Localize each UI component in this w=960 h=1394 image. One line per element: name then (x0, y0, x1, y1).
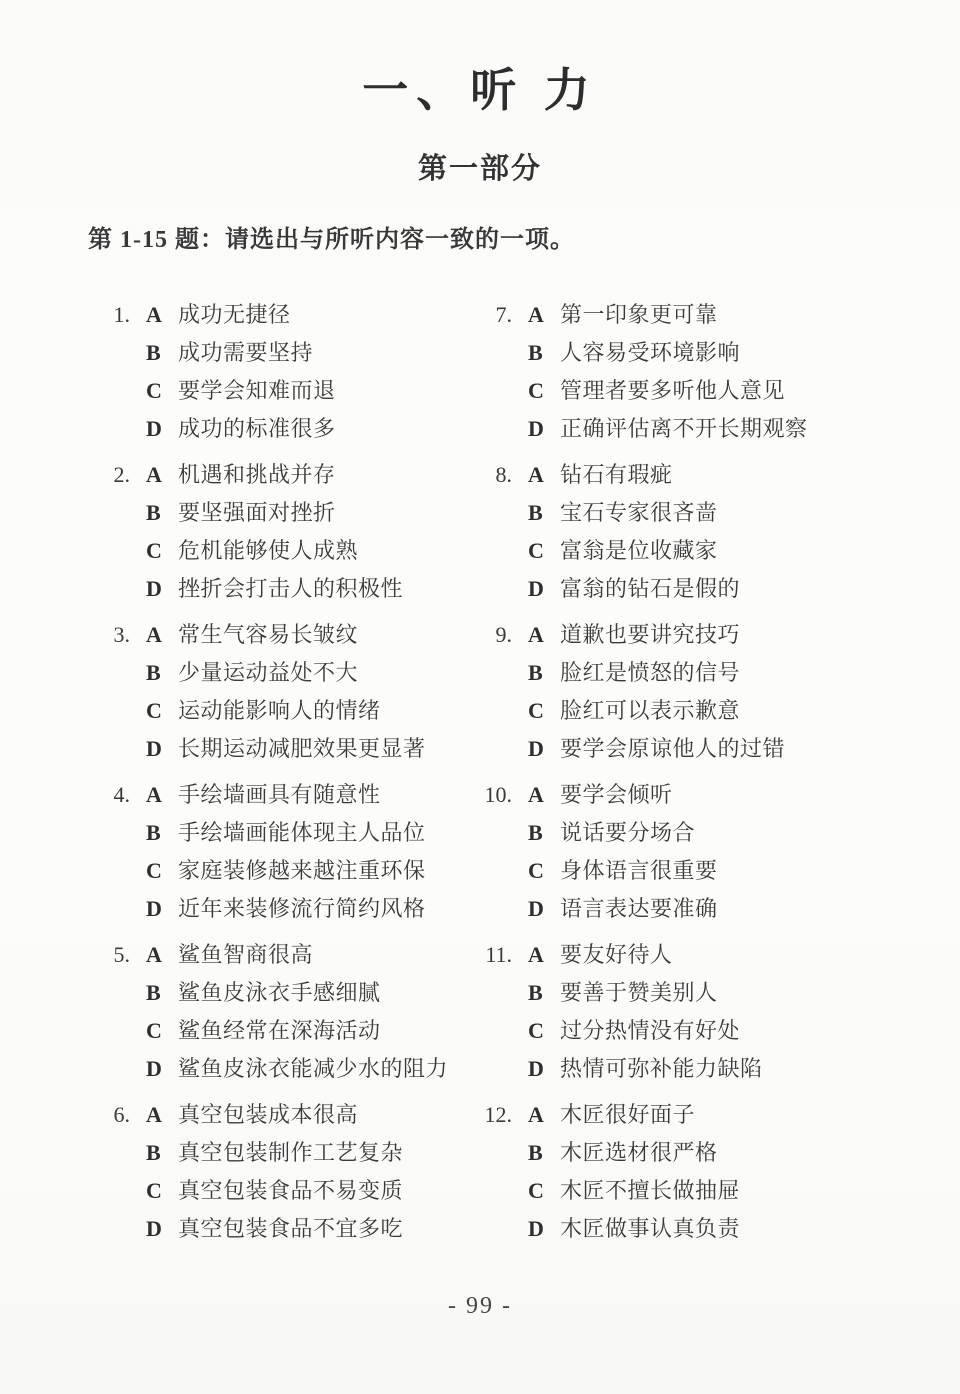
option-letter: C (528, 372, 551, 410)
option-text: 人容易受环境影响 (560, 334, 740, 372)
option-row: C 家庭装修越来越注重环保 (146, 852, 470, 890)
option-text: 要友好待人 (560, 936, 673, 974)
option-letter: D (528, 890, 551, 928)
option-text: 要学会倾听 (560, 776, 673, 814)
exam-title: 一、听 力 (0, 0, 960, 120)
option-row: C 脸红可以表示歉意 (528, 692, 922, 730)
option-row: D 长期运动减肥效果更显著 (146, 730, 470, 768)
option-row: C 身体语言很重要 (528, 852, 922, 890)
option-row: B 说话要分场合 (528, 814, 922, 852)
option-letter: D (528, 1050, 551, 1088)
option-letter: C (146, 532, 169, 570)
option-row: A 真空包装成本很高 (146, 1096, 470, 1134)
option-text: 真空包装成本很高 (178, 1096, 358, 1134)
option-text: 身体语言很重要 (560, 852, 718, 890)
option-row: C 运动能影响人的情绪 (146, 692, 470, 730)
option-text: 管理者要多听他人意见 (560, 372, 785, 410)
question-block: 12. A 木匠很好面子 B 木匠选材很严格 C 木匠不擅长做抽屉 D 木匠做事… (470, 1096, 922, 1248)
options-list: A 道歉也要讲究技巧 B 脸红是愤怒的信号 C 脸红可以表示歉意 D 要学会原谅… (528, 616, 922, 768)
option-row: B 少量运动益处不大 (146, 654, 470, 692)
option-letter: A (528, 456, 551, 494)
option-row: D 木匠做事认真负责 (528, 1210, 922, 1248)
option-text: 道歉也要讲究技巧 (560, 616, 740, 654)
question-block: 11. A 要友好待人 B 要善于赞美别人 C 过分热情没有好处 D 热情可弥补… (470, 936, 922, 1088)
option-letter: D (528, 730, 551, 768)
option-text: 木匠做事认真负责 (560, 1210, 740, 1248)
option-letter: A (146, 616, 169, 654)
option-text: 成功无捷径 (178, 296, 291, 334)
option-row: D 成功的标准很多 (146, 410, 470, 448)
option-row: B 真空包装制作工艺复杂 (146, 1134, 470, 1172)
option-letter: B (528, 814, 551, 852)
options-list: A 鲨鱼智商很高 B 鲨鱼皮泳衣手感细腻 C 鲨鱼经常在深海活动 D 鲨鱼皮泳衣… (146, 936, 470, 1088)
option-letter: A (528, 616, 551, 654)
option-row: D 语言表达要准确 (528, 890, 922, 928)
options-list: A 手绘墙画具有随意性 B 手绘墙画能体现主人品位 C 家庭装修越来越注重环保 … (146, 776, 470, 928)
option-text: 木匠不擅长做抽屉 (560, 1172, 740, 1210)
option-text: 近年来装修流行简约风格 (178, 890, 426, 928)
option-letter: A (146, 296, 169, 334)
option-row: A 鲨鱼智商很高 (146, 936, 470, 974)
options-list: A 成功无捷径 B 成功需要坚持 C 要学会知难而退 D 成功的标准很多 (146, 296, 470, 448)
option-letter: C (146, 852, 169, 890)
option-letter: B (528, 494, 551, 532)
option-letter: C (528, 1172, 551, 1210)
options-list: A 钻石有瑕疵 B 宝石专家很吝啬 C 富翁是位收藏家 D 富翁的钻石是假的 (528, 456, 922, 608)
option-text: 手绘墙画具有随意性 (178, 776, 381, 814)
option-row: C 过分热情没有好处 (528, 1012, 922, 1050)
option-row: D 富翁的钻石是假的 (528, 570, 922, 608)
options-list: A 第一印象更可靠 B 人容易受环境影响 C 管理者要多听他人意见 D 正确评估… (528, 296, 922, 448)
options-list: A 常生气容易长皱纹 B 少量运动益处不大 C 运动能影响人的情绪 D 长期运动… (146, 616, 470, 768)
options-list: A 机遇和挑战并存 B 要坚强面对挫折 C 危机能够使人成熟 D 挫折会打击人的… (146, 456, 470, 608)
question-block: 8. A 钻石有瑕疵 B 宝石专家很吝啬 C 富翁是位收藏家 D 富翁的钻石是假… (470, 456, 922, 608)
option-text: 家庭装修越来越注重环保 (178, 852, 426, 890)
option-text: 第一印象更可靠 (560, 296, 718, 334)
option-row: B 要善于赞美别人 (528, 974, 922, 1012)
option-letter: A (528, 296, 551, 334)
questions-area: 1. A 成功无捷径 B 成功需要坚持 C 要学会知难而退 D 成功的标准很多 … (0, 296, 960, 1256)
option-letter: D (146, 890, 169, 928)
option-row: C 危机能够使人成熟 (146, 532, 470, 570)
option-letter: B (146, 1134, 169, 1172)
option-row: D 鲨鱼皮泳衣能减少水的阻力 (146, 1050, 470, 1088)
option-letter: B (528, 334, 551, 372)
option-text: 要善于赞美别人 (560, 974, 718, 1012)
option-row: A 第一印象更可靠 (528, 296, 922, 334)
question-block: 1. A 成功无捷径 B 成功需要坚持 C 要学会知难而退 D 成功的标准很多 (88, 296, 470, 448)
option-letter: B (528, 974, 551, 1012)
question-number: 1. (88, 296, 130, 448)
question-block: 2. A 机遇和挑战并存 B 要坚强面对挫折 C 危机能够使人成熟 D 挫折会打… (88, 456, 470, 608)
question-block: 3. A 常生气容易长皱纹 B 少量运动益处不大 C 运动能影响人的情绪 D 长… (88, 616, 470, 768)
option-letter: D (146, 1210, 169, 1248)
option-row: B 成功需要坚持 (146, 334, 470, 372)
option-letter: D (146, 410, 169, 448)
option-text: 真空包装食品不宜多吃 (178, 1210, 403, 1248)
question-number: 12. (470, 1096, 512, 1248)
option-letter: B (528, 1134, 551, 1172)
option-letter: A (146, 1096, 169, 1134)
option-letter: A (146, 776, 169, 814)
option-letter: B (146, 814, 169, 852)
option-row: D 热情可弥补能力缺陷 (528, 1050, 922, 1088)
option-letter: B (146, 334, 169, 372)
option-letter: A (528, 776, 551, 814)
option-text: 危机能够使人成熟 (178, 532, 358, 570)
option-text: 语言表达要准确 (560, 890, 718, 928)
option-letter: D (146, 730, 169, 768)
option-row: A 手绘墙画具有随意性 (146, 776, 470, 814)
option-text: 脸红是愤怒的信号 (560, 654, 740, 692)
option-text: 真空包装食品不易变质 (178, 1172, 403, 1210)
section-heading: 第一部分 (0, 146, 960, 187)
option-row: D 真空包装食品不宜多吃 (146, 1210, 470, 1248)
option-letter: D (528, 570, 551, 608)
option-text: 热情可弥补能力缺陷 (560, 1050, 763, 1088)
option-letter: C (146, 1172, 169, 1210)
options-list: A 木匠很好面子 B 木匠选材很严格 C 木匠不擅长做抽屉 D 木匠做事认真负责 (528, 1096, 922, 1248)
question-block: 10. A 要学会倾听 B 说话要分场合 C 身体语言很重要 D 语言表达要准确 (470, 776, 922, 928)
option-letter: C (146, 692, 169, 730)
option-text: 木匠选材很严格 (560, 1134, 718, 1172)
questions-column-left: 1. A 成功无捷径 B 成功需要坚持 C 要学会知难而退 D 成功的标准很多 … (88, 296, 470, 1256)
option-text: 钻石有瑕疵 (560, 456, 673, 494)
option-row: D 挫折会打击人的积极性 (146, 570, 470, 608)
option-row: C 真空包装食品不易变质 (146, 1172, 470, 1210)
question-block: 9. A 道歉也要讲究技巧 B 脸红是愤怒的信号 C 脸红可以表示歉意 D 要学… (470, 616, 922, 768)
option-text: 运动能影响人的情绪 (178, 692, 381, 730)
option-row: A 道歉也要讲究技巧 (528, 616, 922, 654)
option-row: C 鲨鱼经常在深海活动 (146, 1012, 470, 1050)
option-row: A 要学会倾听 (528, 776, 922, 814)
option-text: 正确评估离不开长期观察 (560, 410, 808, 448)
question-block: 4. A 手绘墙画具有随意性 B 手绘墙画能体现主人品位 C 家庭装修越来越注重… (88, 776, 470, 928)
option-letter: A (146, 936, 169, 974)
option-letter: C (528, 532, 551, 570)
options-list: A 要友好待人 B 要善于赞美别人 C 过分热情没有好处 D 热情可弥补能力缺陷 (528, 936, 922, 1088)
option-letter: B (146, 654, 169, 692)
option-text: 鲨鱼智商很高 (178, 936, 313, 974)
option-row: B 木匠选材很严格 (528, 1134, 922, 1172)
option-text: 鲨鱼皮泳衣手感细腻 (178, 974, 381, 1012)
option-text: 要坚强面对挫折 (178, 494, 336, 532)
option-text: 手绘墙画能体现主人品位 (178, 814, 426, 852)
option-letter: C (146, 1012, 169, 1050)
option-letter: B (146, 974, 169, 1012)
option-row: D 正确评估离不开长期观察 (528, 410, 922, 448)
question-number: 4. (88, 776, 130, 928)
option-text: 过分热情没有好处 (560, 1012, 740, 1050)
option-row: C 管理者要多听他人意见 (528, 372, 922, 410)
question-number: 9. (470, 616, 512, 768)
option-text: 富翁的钻石是假的 (560, 570, 740, 608)
option-row: D 要学会原谅他人的过错 (528, 730, 922, 768)
option-row: B 手绘墙画能体现主人品位 (146, 814, 470, 852)
option-letter: C (146, 372, 169, 410)
question-block: 6. A 真空包装成本很高 B 真空包装制作工艺复杂 C 真空包装食品不易变质 … (88, 1096, 470, 1248)
option-text: 富翁是位收藏家 (560, 532, 718, 570)
option-row: B 人容易受环境影响 (528, 334, 922, 372)
question-number: 6. (88, 1096, 130, 1248)
option-row: D 近年来装修流行简约风格 (146, 890, 470, 928)
option-row: A 钻石有瑕疵 (528, 456, 922, 494)
option-letter: C (528, 852, 551, 890)
option-text: 鲨鱼皮泳衣能减少水的阻力 (178, 1050, 448, 1088)
question-block: 7. A 第一印象更可靠 B 人容易受环境影响 C 管理者要多听他人意见 D 正… (470, 296, 922, 448)
option-row: A 木匠很好面子 (528, 1096, 922, 1134)
option-row: B 脸红是愤怒的信号 (528, 654, 922, 692)
question-number: 11. (470, 936, 512, 1088)
option-row: A 要友好待人 (528, 936, 922, 974)
option-text: 成功的标准很多 (178, 410, 336, 448)
question-number: 7. (470, 296, 512, 448)
option-letter: D (528, 1210, 551, 1248)
option-letter: A (146, 456, 169, 494)
option-text: 要学会原谅他人的过错 (560, 730, 785, 768)
page-number: - 99 - (0, 1293, 960, 1320)
options-list: A 要学会倾听 B 说话要分场合 C 身体语言很重要 D 语言表达要准确 (528, 776, 922, 928)
question-number: 10. (470, 776, 512, 928)
option-letter: D (528, 410, 551, 448)
option-letter: A (528, 936, 551, 974)
option-row: A 成功无捷径 (146, 296, 470, 334)
option-row: A 常生气容易长皱纹 (146, 616, 470, 654)
option-text: 宝石专家很吝啬 (560, 494, 718, 532)
option-text: 木匠很好面子 (560, 1096, 695, 1134)
option-text: 要学会知难而退 (178, 372, 336, 410)
options-list: A 真空包装成本很高 B 真空包装制作工艺复杂 C 真空包装食品不易变质 D 真… (146, 1096, 470, 1248)
option-row: C 要学会知难而退 (146, 372, 470, 410)
option-row: B 要坚强面对挫折 (146, 494, 470, 532)
option-text: 机遇和挑战并存 (178, 456, 336, 494)
option-text: 真空包装制作工艺复杂 (178, 1134, 403, 1172)
option-letter: B (146, 494, 169, 532)
instruction-text: 第 1-15 题：请选出与所听内容一致的一项。 (88, 219, 960, 254)
option-row: A 机遇和挑战并存 (146, 456, 470, 494)
option-letter: C (528, 692, 551, 730)
option-letter: D (146, 570, 169, 608)
option-letter: C (528, 1012, 551, 1050)
option-text: 脸红可以表示歉意 (560, 692, 740, 730)
option-text: 鲨鱼经常在深海活动 (178, 1012, 381, 1050)
page-container: 一、听 力 第一部分 第 1-15 题：请选出与所听内容一致的一项。 1. A … (0, 0, 960, 1394)
option-letter: D (146, 1050, 169, 1088)
option-row: B 鲨鱼皮泳衣手感细腻 (146, 974, 470, 1012)
option-row: C 木匠不擅长做抽屉 (528, 1172, 922, 1210)
question-number: 5. (88, 936, 130, 1088)
option-letter: A (528, 1096, 551, 1134)
question-number: 2. (88, 456, 130, 608)
option-text: 挫折会打击人的积极性 (178, 570, 403, 608)
question-number: 8. (470, 456, 512, 608)
option-letter: B (528, 654, 551, 692)
option-text: 说话要分场合 (560, 814, 695, 852)
option-text: 长期运动减肥效果更显著 (178, 730, 426, 768)
question-number: 3. (88, 616, 130, 768)
option-row: C 富翁是位收藏家 (528, 532, 922, 570)
option-text: 少量运动益处不大 (178, 654, 358, 692)
questions-column-right: 7. A 第一印象更可靠 B 人容易受环境影响 C 管理者要多听他人意见 D 正… (470, 296, 922, 1256)
option-text: 成功需要坚持 (178, 334, 313, 372)
question-block: 5. A 鲨鱼智商很高 B 鲨鱼皮泳衣手感细腻 C 鲨鱼经常在深海活动 D 鲨鱼… (88, 936, 470, 1088)
option-text: 常生气容易长皱纹 (178, 616, 358, 654)
option-row: B 宝石专家很吝啬 (528, 494, 922, 532)
